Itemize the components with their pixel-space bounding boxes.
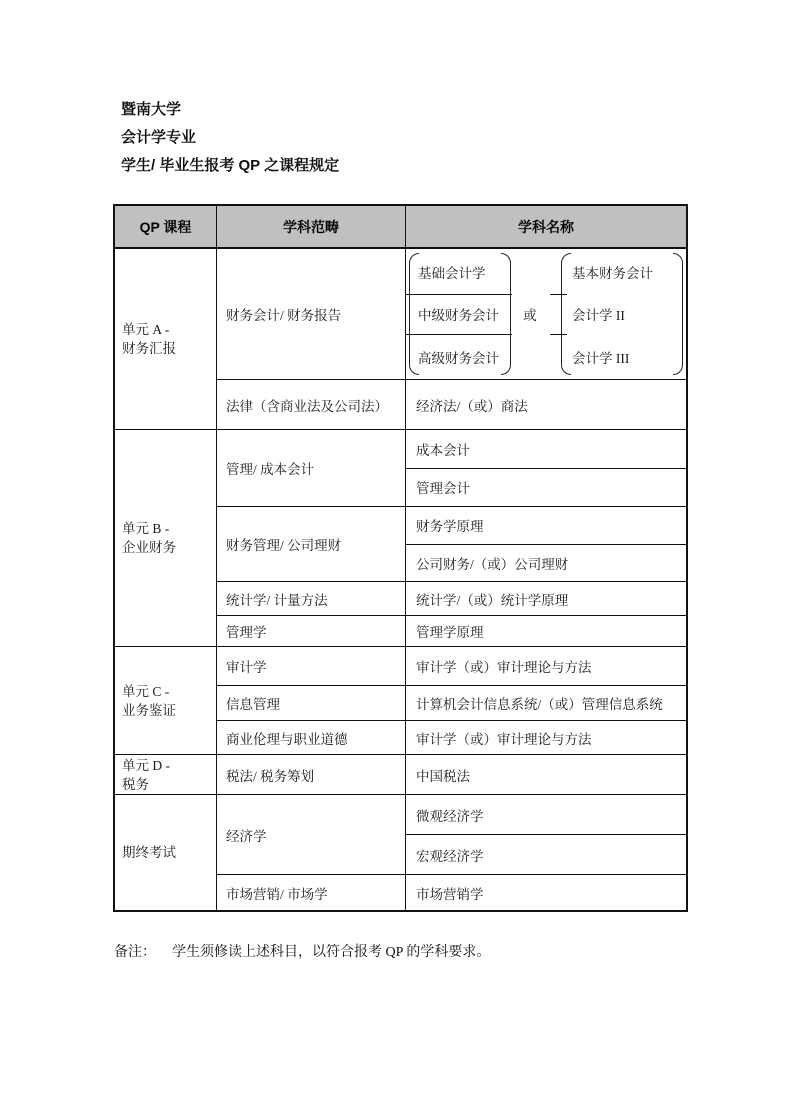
category-row: 管理学管理学原理 <box>217 615 686 646</box>
unit-name-line: 税务 <box>122 775 216 794</box>
header-subject-name: 学科名称 <box>406 206 686 247</box>
subject-cell: 管理学原理 <box>406 616 686 646</box>
subject-cell: 审计学（或）审计理论与方法 <box>406 647 686 685</box>
subject-cell-group: 微观经济学宏观经济学 <box>406 795 686 874</box>
subject-cell-group: 管理学原理 <box>406 616 686 646</box>
paren-bracket <box>673 253 683 375</box>
header-subject-category: 学科范畴 <box>217 206 406 247</box>
category-label: 统计学/ 计量方法 <box>217 582 406 615</box>
category-row: 财务会计/ 财务报告基础会计学中级财务会计高级财务会计基本财务会计会计学 II会… <box>217 249 686 379</box>
subject-cell: 审计学（或）审计理论与方法 <box>406 721 686 754</box>
unit-name: 单元 B -企业财务 <box>115 430 217 646</box>
or-connector: 或 <box>506 294 554 334</box>
subject-cell-group: 中国税法 <box>406 755 686 794</box>
unit-categories: 税法/ 税务筹划中国税法 <box>217 755 686 794</box>
subject-cell: 财务学原理 <box>406 507 686 544</box>
unit-categories: 财务会计/ 财务报告基础会计学中级财务会计高级财务会计基本财务会计会计学 II会… <box>217 249 686 429</box>
unit-row: 单元 A -财务汇报财务会计/ 财务报告基础会计学中级财务会计高级财务会计基本财… <box>115 249 686 429</box>
subject-cell: 计算机会计信息系统/（或）管理信息系统 <box>406 686 686 720</box>
category-label: 信息管理 <box>217 686 406 720</box>
unit-row: 单元 C -业务鉴证审计学审计学（或）审计理论与方法信息管理计算机会计信息系统/… <box>115 646 686 754</box>
category-label: 法律（含商业法及公司法） <box>217 380 406 429</box>
category-label: 税法/ 税务筹划 <box>217 755 406 794</box>
divider-segment <box>406 334 512 335</box>
unit-categories: 经济学微观经济学宏观经济学市场营销/ 市场学市场营销学 <box>217 795 686 910</box>
subject-cell: 会计学 II <box>572 294 625 334</box>
category-row: 税法/ 税务筹划中国税法 <box>217 755 686 794</box>
page-title-university: 暨南大学 <box>121 96 339 124</box>
remark-label: 备注： <box>114 945 156 960</box>
subject-cell-group: 审计学（或）审计理论与方法 <box>406 721 686 754</box>
category-label: 商业伦理与职业道德 <box>217 721 406 754</box>
remark-text: 学生须修读上述科目，以符合报考 QP 的学科要求。 <box>172 945 490 960</box>
category-label: 财务会计/ 财务报告 <box>217 249 406 379</box>
category-row: 市场营销/ 市场学市场营销学 <box>217 874 686 910</box>
paren-bracket <box>561 253 571 375</box>
subject-cell-group: 市场营销学 <box>406 875 686 910</box>
category-label: 审计学 <box>217 647 406 685</box>
unit-name-line: 单元 C - <box>122 682 216 701</box>
subject-cell-group: 财务学原理公司财务/（或）公司理财 <box>406 507 686 581</box>
unit-row: 期终考试经济学微观经济学宏观经济学市场营销/ 市场学市场营销学 <box>115 794 686 910</box>
subject-cell: 微观经济学 <box>406 795 686 834</box>
document-title-block: 暨南大学 会计学专业 学生/ 毕业生报考 QP 之课程规定 <box>121 96 339 180</box>
subject-cell: 中级财务会计 <box>418 294 499 334</box>
subject-cell-group: 成本会计管理会计 <box>406 430 686 506</box>
unit-name: 单元 A -财务汇报 <box>115 249 217 429</box>
subject-cell: 基本财务会计 <box>572 249 653 294</box>
subject-cell: 统计学/（或）统计学原理 <box>406 582 686 615</box>
unit-name-line: 单元 B - <box>122 519 216 538</box>
category-row: 商业伦理与职业道德审计学（或）审计理论与方法 <box>217 720 686 754</box>
unit-name-line: 业务鉴证 <box>122 701 216 720</box>
subject-cell: 经济法/（或）商法 <box>406 380 686 429</box>
category-row: 统计学/ 计量方法统计学/（或）统计学原理 <box>217 581 686 615</box>
category-label: 经济学 <box>217 795 406 874</box>
category-row: 审计学审计学（或）审计理论与方法 <box>217 647 686 685</box>
subject-cell-group: 统计学/（或）统计学原理 <box>406 582 686 615</box>
subject-cell-group: 基础会计学中级财务会计高级财务会计基本财务会计会计学 II会计学 III或 <box>406 249 686 379</box>
unit-name-line: 单元 A - <box>122 320 216 339</box>
subject-cell: 管理会计 <box>406 468 686 507</box>
course-table: QP 课程 学科范畴 学科名称 单元 A -财务汇报财务会计/ 财务报告基础会计… <box>113 204 688 912</box>
unit-categories: 审计学审计学（或）审计理论与方法信息管理计算机会计信息系统/（或）管理信息系统商… <box>217 647 686 754</box>
category-row: 经济学微观经济学宏观经济学 <box>217 795 686 874</box>
paren-bracket <box>409 253 419 375</box>
divider-segment <box>406 294 512 295</box>
unit-name-line: 单元 D - <box>122 756 216 775</box>
category-label: 市场营销/ 市场学 <box>217 875 406 910</box>
subject-cell: 宏观经济学 <box>406 834 686 874</box>
table-body: 单元 A -财务汇报财务会计/ 财务报告基础会计学中级财务会计高级财务会计基本财… <box>115 249 686 910</box>
unit-name-line: 财务汇报 <box>122 339 216 358</box>
category-label: 管理/ 成本会计 <box>217 430 406 506</box>
category-row: 财务管理/ 公司理财财务学原理公司财务/（或）公司理财 <box>217 506 686 581</box>
subject-cell-group: 经济法/（或）商法 <box>406 380 686 429</box>
unit-name: 期终考试 <box>115 795 217 910</box>
unit-row: 单元 B -企业财务管理/ 成本会计成本会计管理会计财务管理/ 公司理财财务学原… <box>115 429 686 646</box>
category-label: 财务管理/ 公司理财 <box>217 507 406 581</box>
page-title-regulation: 学生/ 毕业生报考 QP 之课程规定 <box>121 152 339 180</box>
unit-row: 单元 D -税务税法/ 税务筹划中国税法 <box>115 754 686 794</box>
category-row: 信息管理计算机会计信息系统/（或）管理信息系统 <box>217 685 686 720</box>
category-row: 法律（含商业法及公司法）经济法/（或）商法 <box>217 379 686 429</box>
subject-cell-group: 计算机会计信息系统/（或）管理信息系统 <box>406 686 686 720</box>
subject-cell: 成本会计 <box>406 430 686 468</box>
unit-name-line: 期终考试 <box>122 843 216 862</box>
subject-cell: 市场营销学 <box>406 875 686 910</box>
subject-cell: 高级财务会计 <box>418 334 499 379</box>
category-row: 管理/ 成本会计成本会计管理会计 <box>217 430 686 506</box>
subject-cell: 中国税法 <box>406 755 686 794</box>
subject-cell: 基础会计学 <box>418 249 486 294</box>
unit-name: 单元 C -业务鉴证 <box>115 647 217 754</box>
unit-name-line: 企业财务 <box>122 538 216 557</box>
table-header-row: QP 课程 学科范畴 学科名称 <box>115 206 686 249</box>
subject-cell: 会计学 III <box>572 334 629 379</box>
header-qp-course: QP 课程 <box>115 206 217 247</box>
page-title-major: 会计学专业 <box>121 124 339 152</box>
document-page: 暨南大学 会计学专业 学生/ 毕业生报考 QP 之课程规定 QP 课程 学科范畴… <box>0 0 792 1119</box>
category-label: 管理学 <box>217 616 406 646</box>
subject-cell: 公司财务/（或）公司理财 <box>406 544 686 582</box>
unit-name: 单元 D -税务 <box>115 755 217 794</box>
unit-categories: 管理/ 成本会计成本会计管理会计财务管理/ 公司理财财务学原理公司财务/（或）公… <box>217 430 686 646</box>
remark: 备注：学生须修读上述科目，以符合报考 QP 的学科要求。 <box>114 941 490 961</box>
paren-bracket <box>501 253 511 375</box>
subject-cell-group: 审计学（或）审计理论与方法 <box>406 647 686 685</box>
